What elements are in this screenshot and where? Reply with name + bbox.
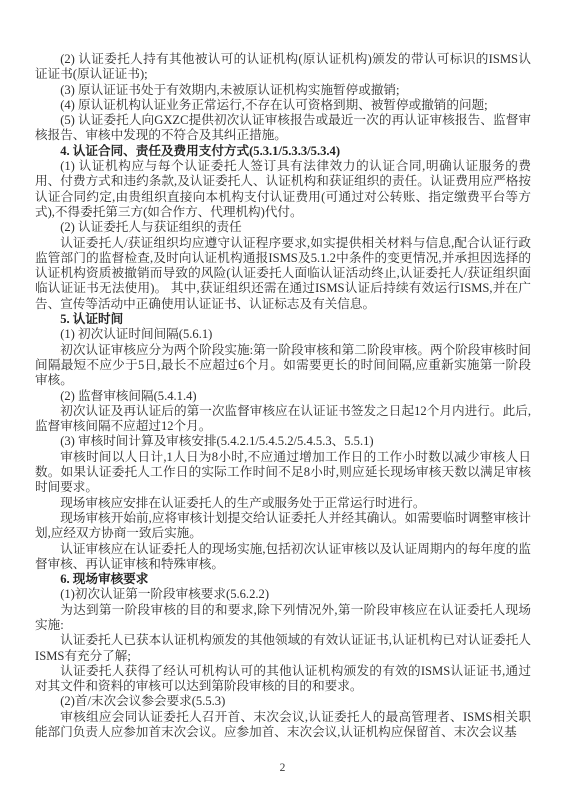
paragraph-item-2: (2) 认证委托人持有其他被认可的认证机构(原认证机构)颁发的带认可标识的ISM… bbox=[35, 52, 531, 83]
paragraph-surveillance-title: (2) 监督审核间隔(5.4.1.4) bbox=[35, 389, 531, 404]
paragraph-surveillance-body: 初次认证及再认证后的第一次监督审核应在认证证书签发之日起12个月内进行。此后,监… bbox=[35, 404, 531, 435]
paragraph-meeting-title: (2)首/末次会议参会要求(5.5.3) bbox=[35, 694, 531, 709]
paragraph-audit-time-title: (3) 审核时间计算及审核安排(5.4.2.1/5.4.5.2/5.4.5.3、… bbox=[35, 434, 531, 449]
paragraph-stage1-body: 为达到第一阶段审核的目的和要求,除下列情况外,第一阶段审核应在认证委托人现场实施… bbox=[35, 603, 531, 634]
section-4-heading: 4. 认证合同、责任及费用支付方式(5.3.1/5.3.3/5.3.4) bbox=[35, 144, 531, 159]
paragraph-item-5: (5) 认证委托人向GXZC提供初次认证审核报告或最近一次的再认证审核报告、监督… bbox=[35, 113, 531, 144]
paragraph-time-interval-title: (1) 初次认证时间间隔(5.6.1) bbox=[35, 327, 531, 342]
paragraph-time-interval-body: 初次认证审核应分为两个阶段实施:第一阶段审核和第二阶段审核。两个阶段审核时间间隔… bbox=[35, 343, 531, 389]
paragraph-responsibility: 认证委托人/获证组织均应遵守认证程序要求,如实提供相关材料与信息,配合认证行政监… bbox=[35, 236, 531, 312]
section-6-heading: 6. 现场审核要求 bbox=[35, 572, 531, 587]
paragraph-audit-scope: 认证审核应在认证委托人的现场实施,包括初次认证审核以及认证周期内的每年度的监督审… bbox=[35, 542, 531, 573]
paragraph-stage1-cond1: 认证委托人已获本认证机构颁发的其他领域的有效认证证书,认证机构已对认证委托人IS… bbox=[35, 633, 531, 664]
paragraph-stage1-title: (1)初次认证第一阶段审核要求(5.6.2.2) bbox=[35, 587, 531, 602]
paragraph-item-4: (4) 原认证机构认证业务正常运行,不存在认可资格到期、被暂停或撤销的问题; bbox=[35, 98, 531, 113]
paragraph-audit-time-body: 审核时间以人日计,1人日为8小时,不应通过增加工作日的工作小时数以减少审核人日数… bbox=[35, 450, 531, 496]
document-page: (2) 认证委托人持有其他被认可的认证机构(原认证机构)颁发的带认可标识的ISM… bbox=[0, 0, 565, 800]
paragraph-contract-2: (2) 认证委托人与获证组织的责任 bbox=[35, 220, 531, 235]
page-number: 2 bbox=[0, 761, 565, 776]
paragraph-item-3: (3) 原认证证书处于有效期内,未被原认证机构实施暂停或撤销; bbox=[35, 83, 531, 98]
paragraph-onsite-normal-operation: 现场审核应安排在认证委托人的生产或服务处于正常运行时进行。 bbox=[35, 496, 531, 511]
paragraph-stage1-cond2: 认证委托人获得了经认可机构认可的其他认证机构颁发的有效的ISMS认证证书,通过对… bbox=[35, 664, 531, 695]
paragraph-contract-1: (1) 认证机构应与每个认证委托人签订具有法律效力的认证合同,明确认证服务的费用… bbox=[35, 159, 531, 220]
paragraph-meeting-body: 审核组应会同认证委托人召开首、末次会议,认证委托人的最高管理者、ISMS相关职能… bbox=[35, 710, 531, 741]
paragraph-audit-plan: 现场审核开始前,应将审核计划提交给认证委托人并经其确认。如需要临时调整审核计划,… bbox=[35, 511, 531, 542]
section-5-heading: 5. 认证时间 bbox=[35, 312, 531, 327]
